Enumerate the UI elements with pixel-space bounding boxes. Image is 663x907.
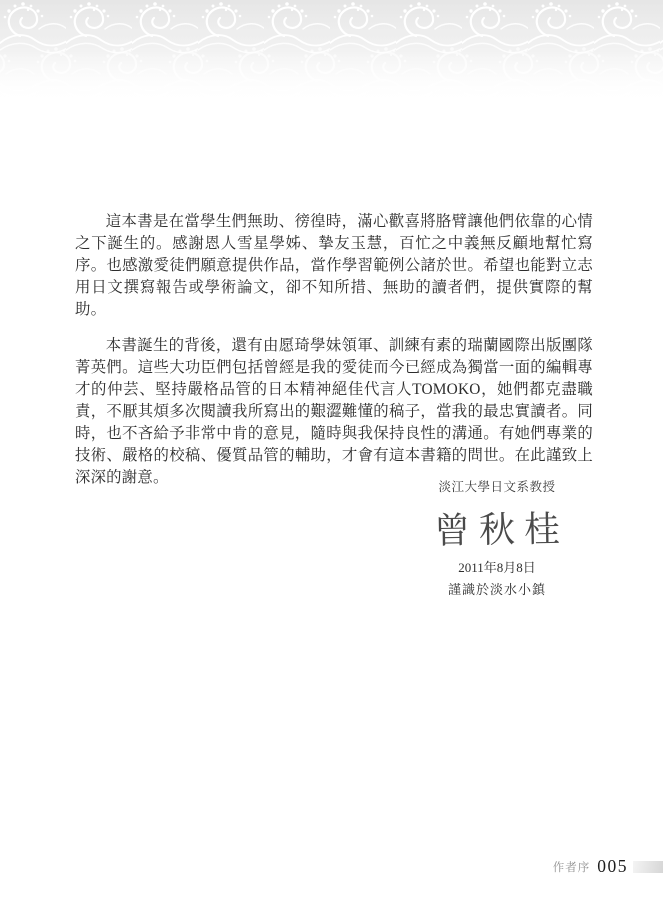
wave-pattern-decoration	[0, 0, 663, 104]
footer-section-label: 作者序	[553, 859, 591, 875]
footer-gradient-bar	[633, 861, 663, 873]
footer-page-number: 005	[597, 856, 628, 877]
author-handwritten-signature: 曾秋桂	[426, 501, 578, 555]
signature-date: 2011年8月8日	[417, 557, 577, 576]
preface-paragraph-1: 這本書是在當學生們無助、徬徨時，滿心歡喜將胳臂讓他們依靠的心情之下誕生的。感謝恩…	[75, 211, 593, 321]
author-affiliation: 淡江大學日文系教授	[417, 477, 577, 495]
book-page: 這本書是在當學生們無助、徬徨時，滿心歡喜將胳臂讓他們依靠的心情之下誕生的。感謝恩…	[0, 0, 663, 907]
wave-pattern-icon	[0, 0, 663, 104]
signature-closing: 謹識於淡水小鎮	[417, 579, 577, 598]
signature-block: 淡江大學日文系教授 曾秋桂 2011年8月8日 謹識於淡水小鎮	[417, 477, 577, 598]
page-footer: 作者序 005	[553, 856, 663, 877]
preface-body: 這本書是在當學生們無助、徬徨時，滿心歡喜將胳臂讓他們依靠的心情之下誕生的。感謝恩…	[75, 211, 593, 503]
preface-paragraph-2: 本書誕生的背後，還有由愿琦學妹領軍、訓練有素的瑞蘭國際出版團隊菁英們。這些大功臣…	[75, 335, 593, 489]
